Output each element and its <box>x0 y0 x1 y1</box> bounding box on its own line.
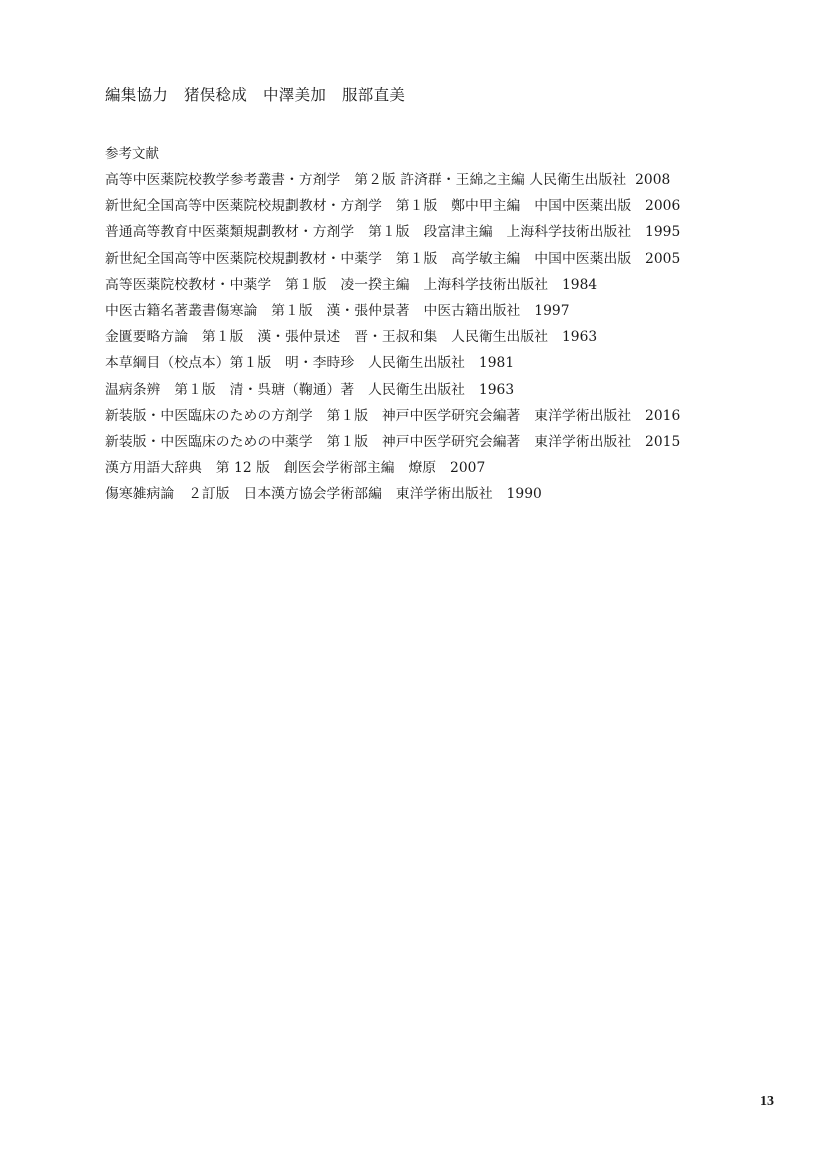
page-number: 13 <box>760 1094 774 1110</box>
reference-item: 傷寒雑病論 ２訂版 日本漢方協会学術部編 東洋学術出版社 1990 <box>105 483 680 509</box>
document-page: 編集協力 猪俣稔成 中澤美加 服部直美 参考文献 高等中医薬院校教学参考叢書・方… <box>0 0 830 1172</box>
reference-item: 本草綱目（校点本）第１版 明・李時珍 人民衛生出版社 1981 <box>105 352 680 378</box>
reference-item: 新世紀全国高等中医薬院校規劃教材・中薬学 第１版 高学敏主編 中国中医薬出版 2… <box>105 248 680 274</box>
reference-item: 温病条辨 第１版 清・呉瑭（鞠通）著 人民衛生出版社 1963 <box>105 379 680 405</box>
editorial-credits: 編集協力 猪俣稔成 中澤美加 服部直美 <box>105 84 405 106</box>
references-heading: 参考文献 <box>105 145 159 163</box>
reference-item: 新世紀全国高等中医薬院校規劃教材・方剤学 第１版 鄭中甲主編 中国中医薬出版 2… <box>105 195 680 221</box>
reference-item: 中医古籍名著叢書傷寒論 第１版 漢・張仲景著 中医古籍出版社 1997 <box>105 300 680 326</box>
reference-item: 普通高等教育中医薬類規劃教材・方剤学 第１版 段富津主編 上海科学技術出版社 1… <box>105 221 680 247</box>
reference-item: 高等中医薬院校教学参考叢書・方剤学 第２版 許済群・王綿之主編 人民衛生出版社 … <box>105 169 680 195</box>
reference-item: 高等医薬院校教材・中薬学 第１版 凌一揆主編 上海科学技術出版社 1984 <box>105 274 680 300</box>
references-list: 高等中医薬院校教学参考叢書・方剤学 第２版 許済群・王綿之主編 人民衛生出版社 … <box>105 169 680 509</box>
reference-item: 金匱要略方論 第１版 漢・張仲景述 晋・王叔和集 人民衛生出版社 1963 <box>105 326 680 352</box>
reference-item: 漢方用語大辞典 第 12 版 創医会学術部主編 燎原 2007 <box>105 457 680 483</box>
reference-item: 新装版・中医臨床のための方剤学 第１版 神戸中医学研究会編著 東洋学術出版社 2… <box>105 405 680 431</box>
reference-item: 新装版・中医臨床のための中薬学 第１版 神戸中医学研究会編著 東洋学術出版社 2… <box>105 431 680 457</box>
